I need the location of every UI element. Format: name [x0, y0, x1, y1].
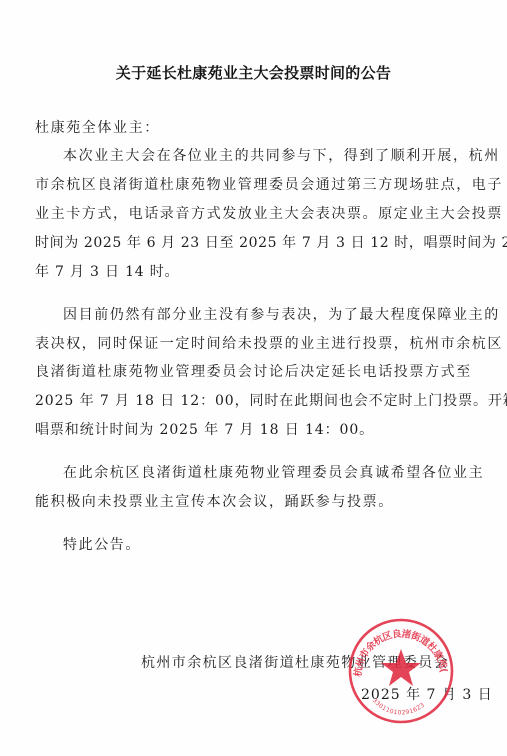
- closing-line: 特此公告。: [63, 535, 141, 555]
- paragraph-2-line-1: 因目前仍然有部分业主没有参与表决，为了最大程度保障业主的: [63, 305, 500, 325]
- paragraph-1-line-1: 本次业主大会在各位业主的共同参与下，得到了顺利开展，杭州: [63, 146, 500, 166]
- salutation: 杜康苑全体业主：: [35, 118, 160, 138]
- paragraph-3-line-2: 能积极向未投票业主宣传本次会议，踊跃参与投票。: [35, 492, 394, 512]
- paragraph-2-line-4: 2025 年 7 月 18 日 12：00，同时在此期间也会不定时上门投票。开箱: [35, 391, 507, 411]
- paragraph-2-line-5: 唱票和统计时间为 2025 年 7 月 18 日 14：00。: [35, 420, 374, 440]
- paragraph-2-line-2: 表决权，同时保证一定时间给未投票的业主进行投票，杭州市余杭区: [35, 334, 503, 354]
- paragraph-1-line-4: 时间为 2025 年 6 月 23 日至 2025 年 7 月 3 日 12 时…: [35, 233, 507, 253]
- paragraph-1-line-2: 市余杭区良渚街道杜康苑物业管理委员会通过第三方现场驻点，电子: [35, 175, 503, 195]
- paragraph-1-line-5: 年 7 月 3 日 14 时。: [35, 262, 179, 282]
- document-date: 2025 年 7 月 3 日: [361, 684, 493, 704]
- signature: 杭州市余杭区良渚街道杜康苑物业管理委员会: [141, 652, 449, 672]
- document-page: 关于延长杜康苑业主大会投票时间的公告 杜康苑全体业主： 本次业主大会在各位业主的…: [0, 0, 507, 756]
- paragraph-3-line-1: 在此余杭区良渚街道杜康苑物业管理委员会真诚希望各位业主: [63, 463, 484, 483]
- paragraph-2-line-3: 良渚街道杜康苑物业管理委员会讨论后决定延长电话投票方式至: [35, 362, 472, 382]
- document-title: 关于延长杜康苑业主大会投票时间的公告: [0, 62, 507, 83]
- paragraph-1-line-3: 业主卡方式，电话录音方式发放业主大会表决票。原定业主大会投票: [35, 204, 503, 224]
